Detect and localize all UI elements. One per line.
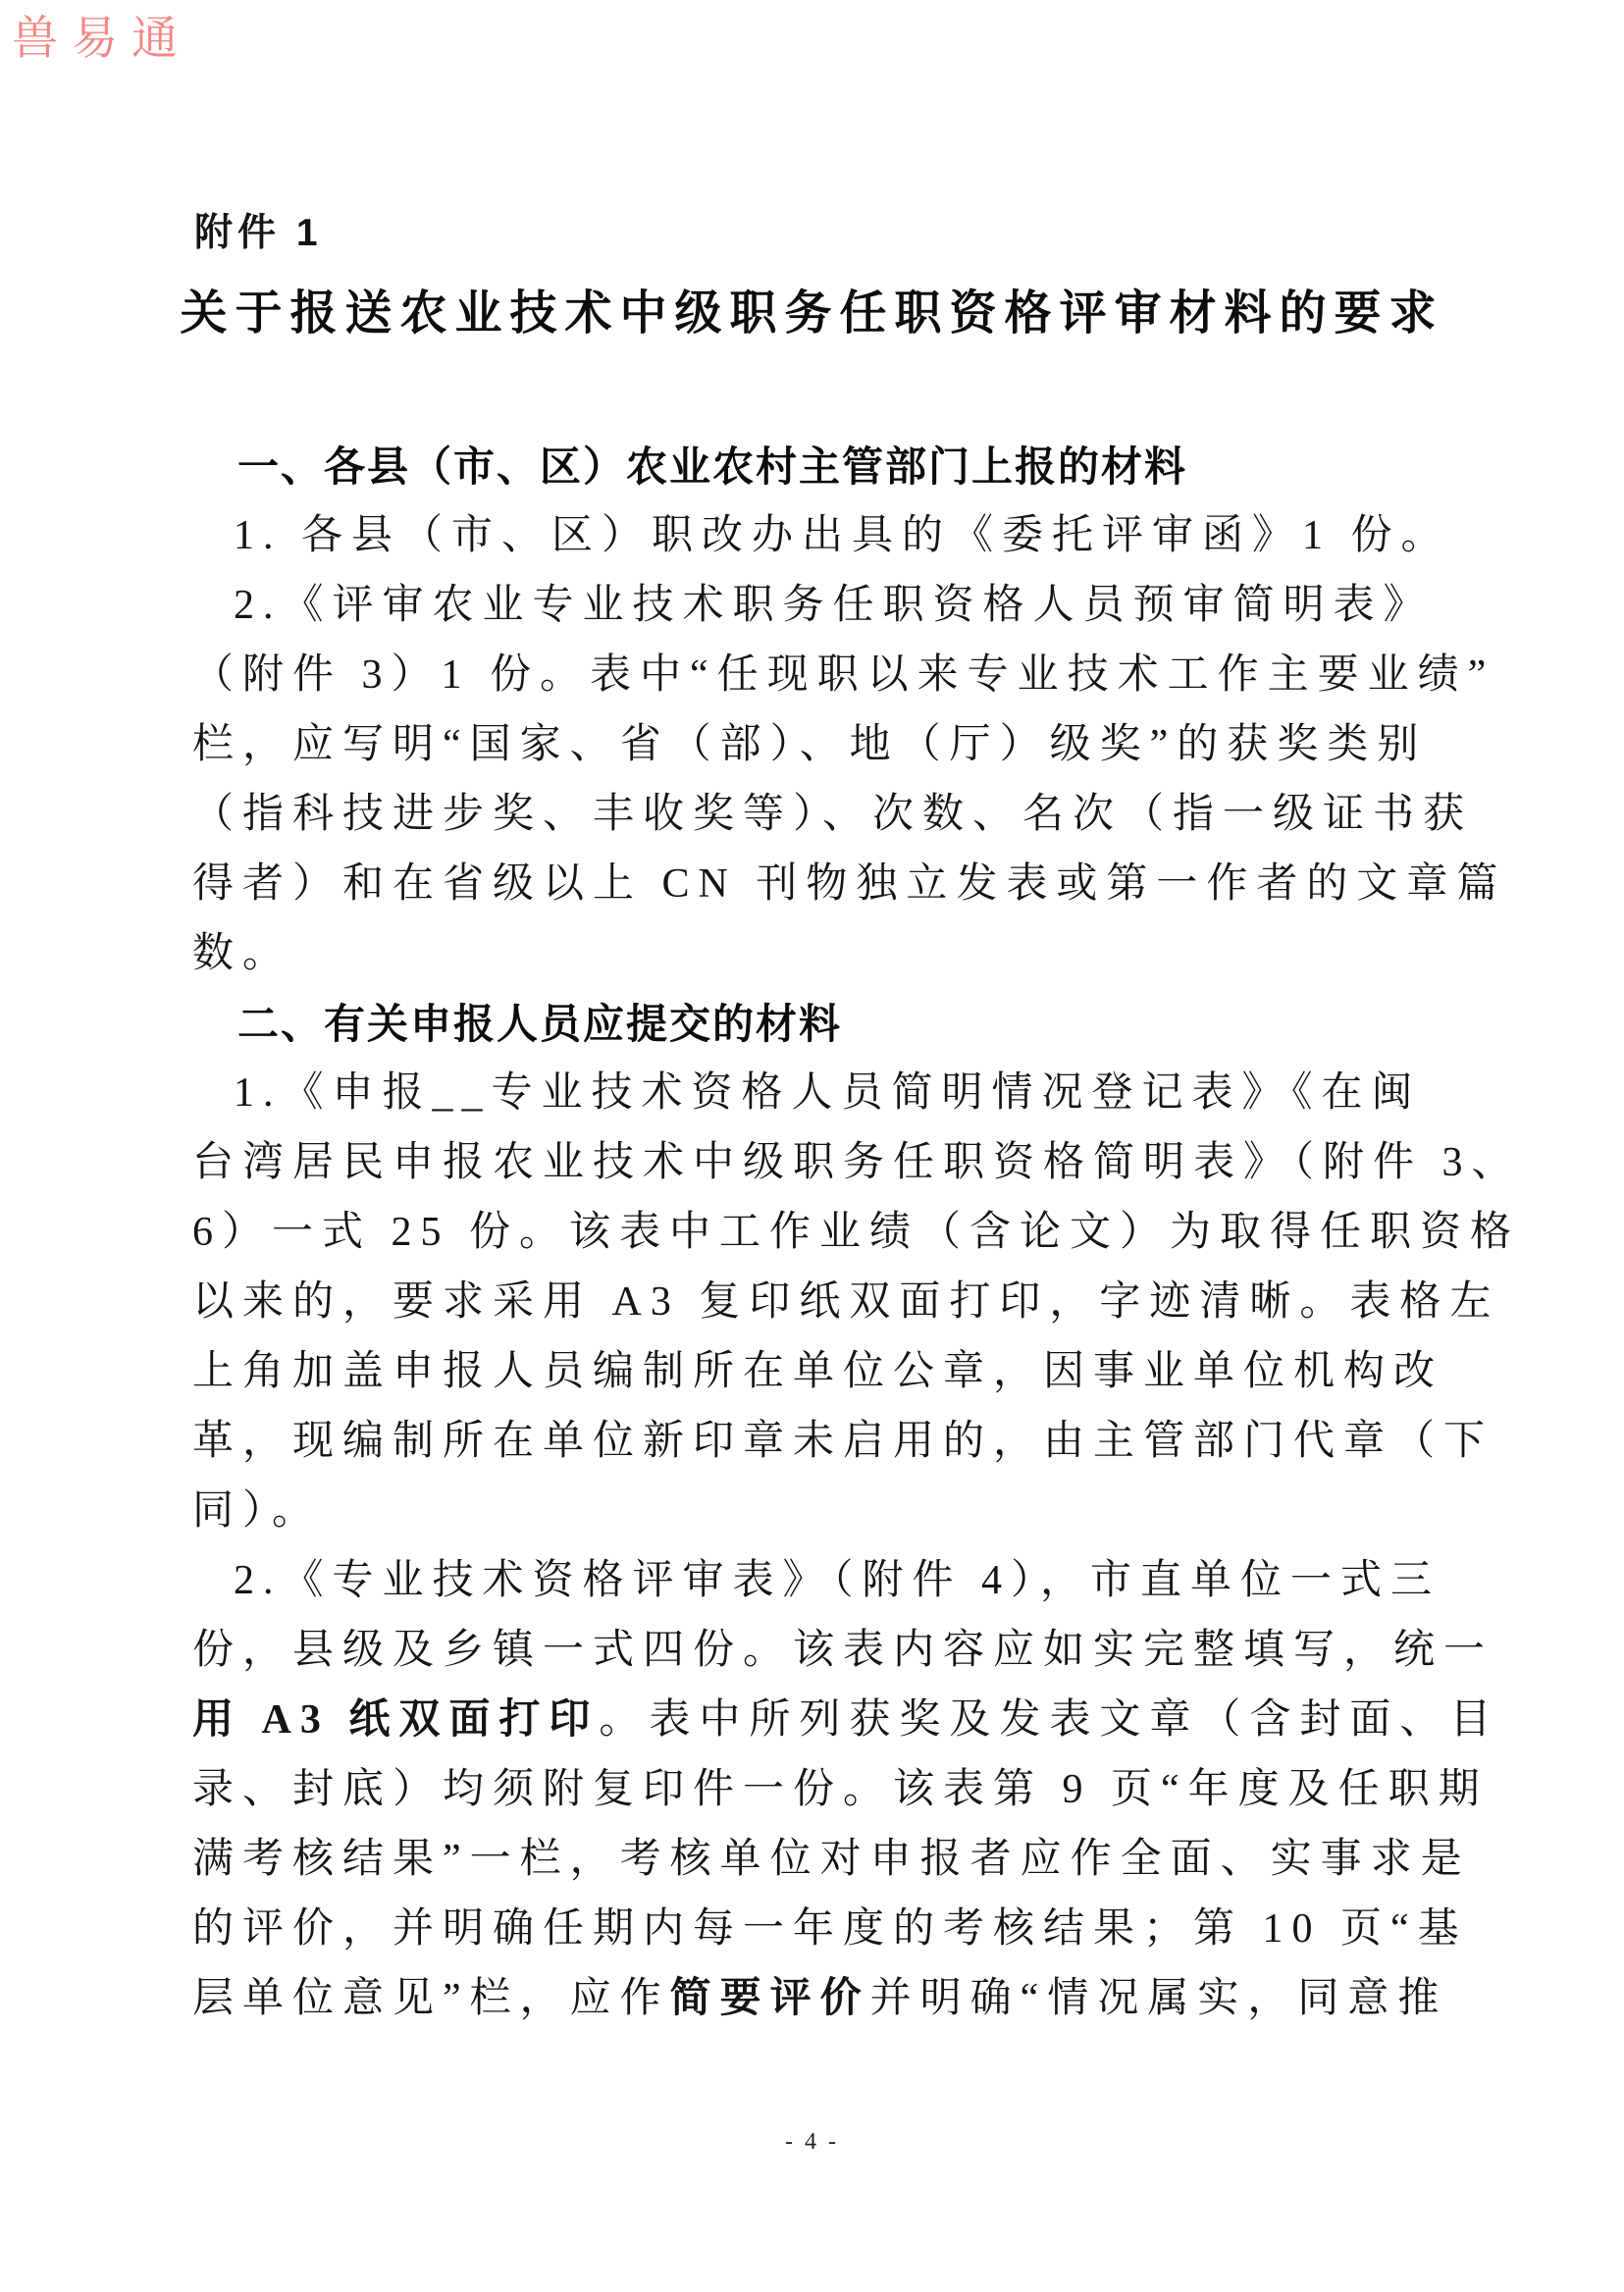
text-line: 台湾居民申报农业技术中级职务任职资格简明表》（附件 3、 — [192, 1128, 1468, 1198]
text-line: 层单位意见”栏，应作简要评价并明确“情况属实，同意推 — [192, 1964, 1468, 2034]
text-segment: 份，县级及乡镇一式四份。该表内容应如实完整填写，统一 — [192, 1628, 1493, 1673]
text-segment: 2.《评审农业专业技术职务任职资格人员预审简明表》 — [234, 583, 1434, 628]
text-line: 同）。 — [192, 1477, 1468, 1546]
text-line: 2.《专业技术资格评审表》（附件 4），市直单位一式三 — [192, 1546, 1468, 1616]
text-segment: （附件 3）1 份。表中“任现职以来专业技术工作主要业绩” — [192, 652, 1494, 698]
text-line: 满考核结果”一栏，考核单位对申报者应作全面、实事求是 — [192, 1825, 1468, 1895]
text-line: 的评价，并明确任期内每一年度的考核结果；第 10 页“基 — [192, 1895, 1468, 1964]
text-segment: （指科技进步奖、丰收奖等）、次数、名次（指一级证书获 — [192, 792, 1473, 837]
text-line: 上角加盖申报人员编制所在单位公章，因事业单位机构改 — [192, 1337, 1468, 1407]
text-line: 2.《评审农业专业技术职务任职资格人员预审简明表》 — [192, 571, 1468, 641]
text-segment: 。表中所列获奖及发表文章（含封面、目 — [599, 1697, 1499, 1743]
scanned-document-page: 兽易通 附件 1 关于报送农业技术中级职务任职资格评审材料的要求 一、各县（市、… — [0, 0, 1624, 2292]
text-line: 以来的，要求采用 A3 复印纸双面打印，字迹清晰。表格左 — [192, 1268, 1468, 1337]
text-segment: 并明确“情况属实，同意推 — [870, 1976, 1448, 2021]
emphasized-text-segment: 用 A3 纸双面打印 — [192, 1697, 599, 1743]
text-segment: 2.《专业技术资格评审表》（附件 4），市直单位一式三 — [234, 1558, 1441, 1603]
text-line: （附件 3）1 份。表中“任现职以来专业技术工作主要业绩” — [192, 641, 1468, 710]
watermark-text: 兽易通 — [12, 2, 191, 68]
text-segment: 革，现编制所在单位新印章未启用的，由主管部门代章（下 — [192, 1419, 1493, 1464]
text-segment: 栏，应写明“国家、省（部）、地（厅）级奖”的获奖类别 — [192, 722, 1427, 767]
text-segment: 6）一式 25 份。该表中工作业绩（含论文）为取得任职资格 — [192, 1210, 1520, 1255]
text-segment: 上角加盖申报人员编制所在单位公章，因事业单位机构改 — [192, 1349, 1443, 1394]
text-line: 用 A3 纸双面打印。表中所列获奖及发表文章（含封面、目 — [192, 1686, 1468, 1755]
emphasized-text-segment: 简要评价 — [670, 1976, 870, 2021]
text-line: 份，县级及乡镇一式四份。该表内容应如实完整填写，统一 — [192, 1616, 1468, 1686]
document-body: 一、各县（市、区）农业农村主管部门上报的材料1. 各县（市、区）职改办出具的《委… — [192, 432, 1468, 2034]
text-line: 6）一式 25 份。该表中工作业绩（含论文）为取得任职资格 — [192, 1198, 1468, 1268]
text-line: （指科技进步奖、丰收奖等）、次数、名次（指一级证书获 — [192, 780, 1468, 850]
text-segment: 以来的，要求采用 A3 复印纸双面打印，字迹清晰。表格左 — [192, 1279, 1499, 1325]
text-line: 数。 — [192, 919, 1468, 989]
text-segment: 数。 — [192, 931, 292, 976]
text-line: 1. 各县（市、区）职改办出具的《委托评审函》1 份。 — [192, 501, 1468, 571]
section-heading: 二、有关申报人员应提交的材料 — [192, 989, 1468, 1059]
text-segment: 得者）和在省级以上 CN 刊物独立发表或第一作者的文章篇 — [192, 861, 1506, 907]
text-segment: 台湾居民申报农业技术中级职务任职资格简明表》（附件 3、 — [192, 1140, 1522, 1185]
text-segment: 同）。 — [192, 1488, 322, 1534]
text-line: 栏，应写明“国家、省（部）、地（厅）级奖”的获奖类别 — [192, 710, 1468, 780]
text-segment: 1. 各县（市、区）职改办出具的《委托评审函》1 份。 — [234, 513, 1451, 558]
attachment-number-label: 附件 1 — [194, 202, 323, 257]
text-segment: 层单位意见”栏，应作 — [192, 1976, 670, 2021]
text-segment: 的评价，并明确任期内每一年度的考核结果；第 10 页“基 — [192, 1906, 1468, 1952]
text-segment: 录、封底）均须附复印件一份。该表第 9 页“年度及任职期 — [192, 1767, 1489, 1812]
text-line: 1.《申报__专业技术资格人员简明情况登记表》《在闽 — [192, 1059, 1468, 1128]
text-line: 得者）和在省级以上 CN 刊物独立发表或第一作者的文章篇 — [192, 850, 1468, 919]
section-heading: 一、各县（市、区）农业农村主管部门上报的材料 — [192, 432, 1468, 501]
text-line: 录、封底）均须附复印件一份。该表第 9 页“年度及任职期 — [192, 1755, 1468, 1825]
text-segment: 1.《申报__专业技术资格人员简明情况登记表》《在闽 — [234, 1070, 1422, 1116]
page-number: - 4 - — [0, 2129, 1624, 2156]
text-segment: 满考核结果”一栏，考核单位对申报者应作全面、实事求是 — [192, 1837, 1471, 1882]
text-segment: 一、各县（市、区）农业农村主管部门上报的材料 — [237, 443, 1187, 490]
document-title: 关于报送农业技术中级职务任职资格评审材料的要求 — [0, 275, 1624, 342]
text-line: 革，现编制所在单位新印章未启用的，由主管部门代章（下 — [192, 1407, 1468, 1477]
text-segment: 二、有关申报人员应提交的材料 — [237, 1001, 842, 1047]
